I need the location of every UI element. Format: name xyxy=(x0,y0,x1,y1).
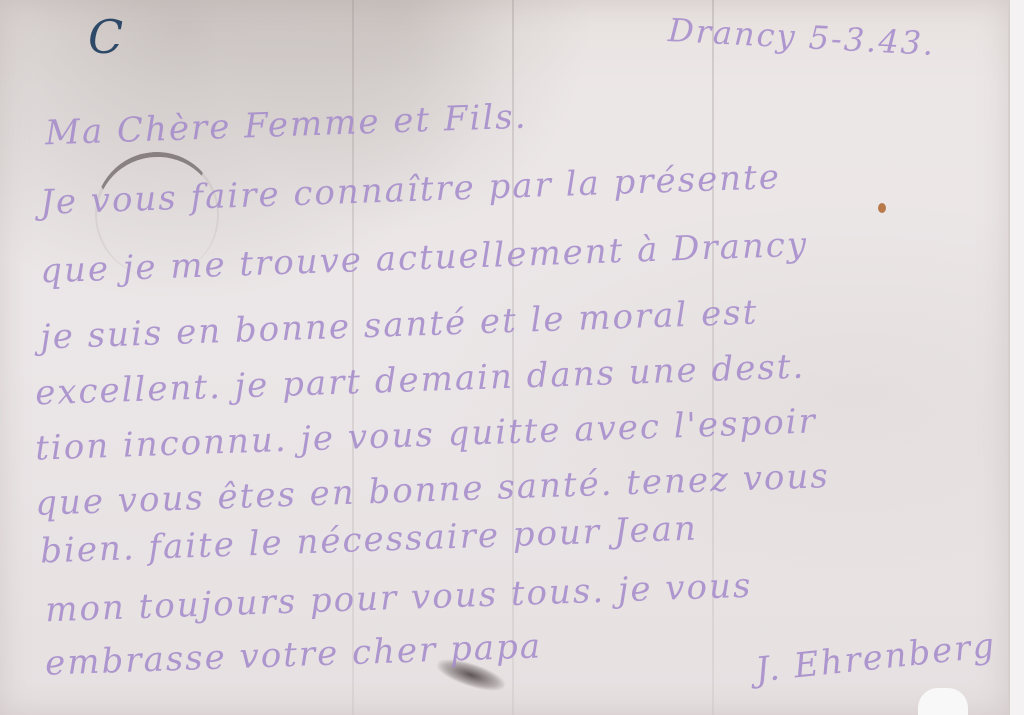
salutation: Ma Chère Femme et Fils. xyxy=(44,97,528,154)
reference-mark: C xyxy=(88,10,123,64)
postcard: C Drancy 5-3.43. Ma Chère Femme et Fils.… xyxy=(0,0,1010,715)
torn-corner xyxy=(918,688,968,715)
letter-line: mon toujours pour vous tous. je vous xyxy=(45,566,753,631)
stain xyxy=(878,203,886,213)
signature: J. Ehrenberg xyxy=(754,625,998,690)
letter-line: excellent. je part demain dans une dest. xyxy=(35,347,806,414)
letter-line: je suis en bonne santé et le moral est xyxy=(40,292,759,357)
place-date: Drancy 5-3.43. xyxy=(667,11,936,63)
letter-line: tion inconnu. je vous quitte avec l'espo… xyxy=(35,401,818,468)
